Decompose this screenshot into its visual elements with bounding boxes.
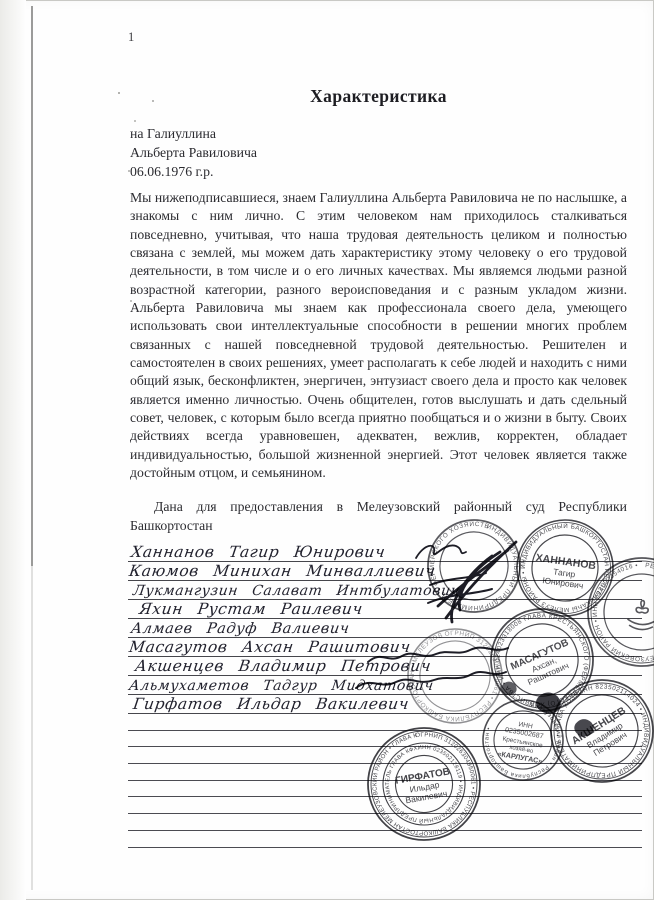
scribble-ink-blob — [537, 693, 561, 713]
scribble-cross-stroke — [438, 542, 516, 622]
scribble-flourish — [356, 672, 506, 688]
scribble-ink-blob — [502, 682, 517, 694]
scribble-ink-blob — [575, 720, 593, 736]
signature-scribbles — [0, 0, 654, 900]
scribble-flourish — [368, 648, 508, 662]
scribble-flourish — [416, 545, 466, 558]
scanned-document-page: 1 Характеристика на Галиуллина Альберта … — [0, 0, 654, 900]
